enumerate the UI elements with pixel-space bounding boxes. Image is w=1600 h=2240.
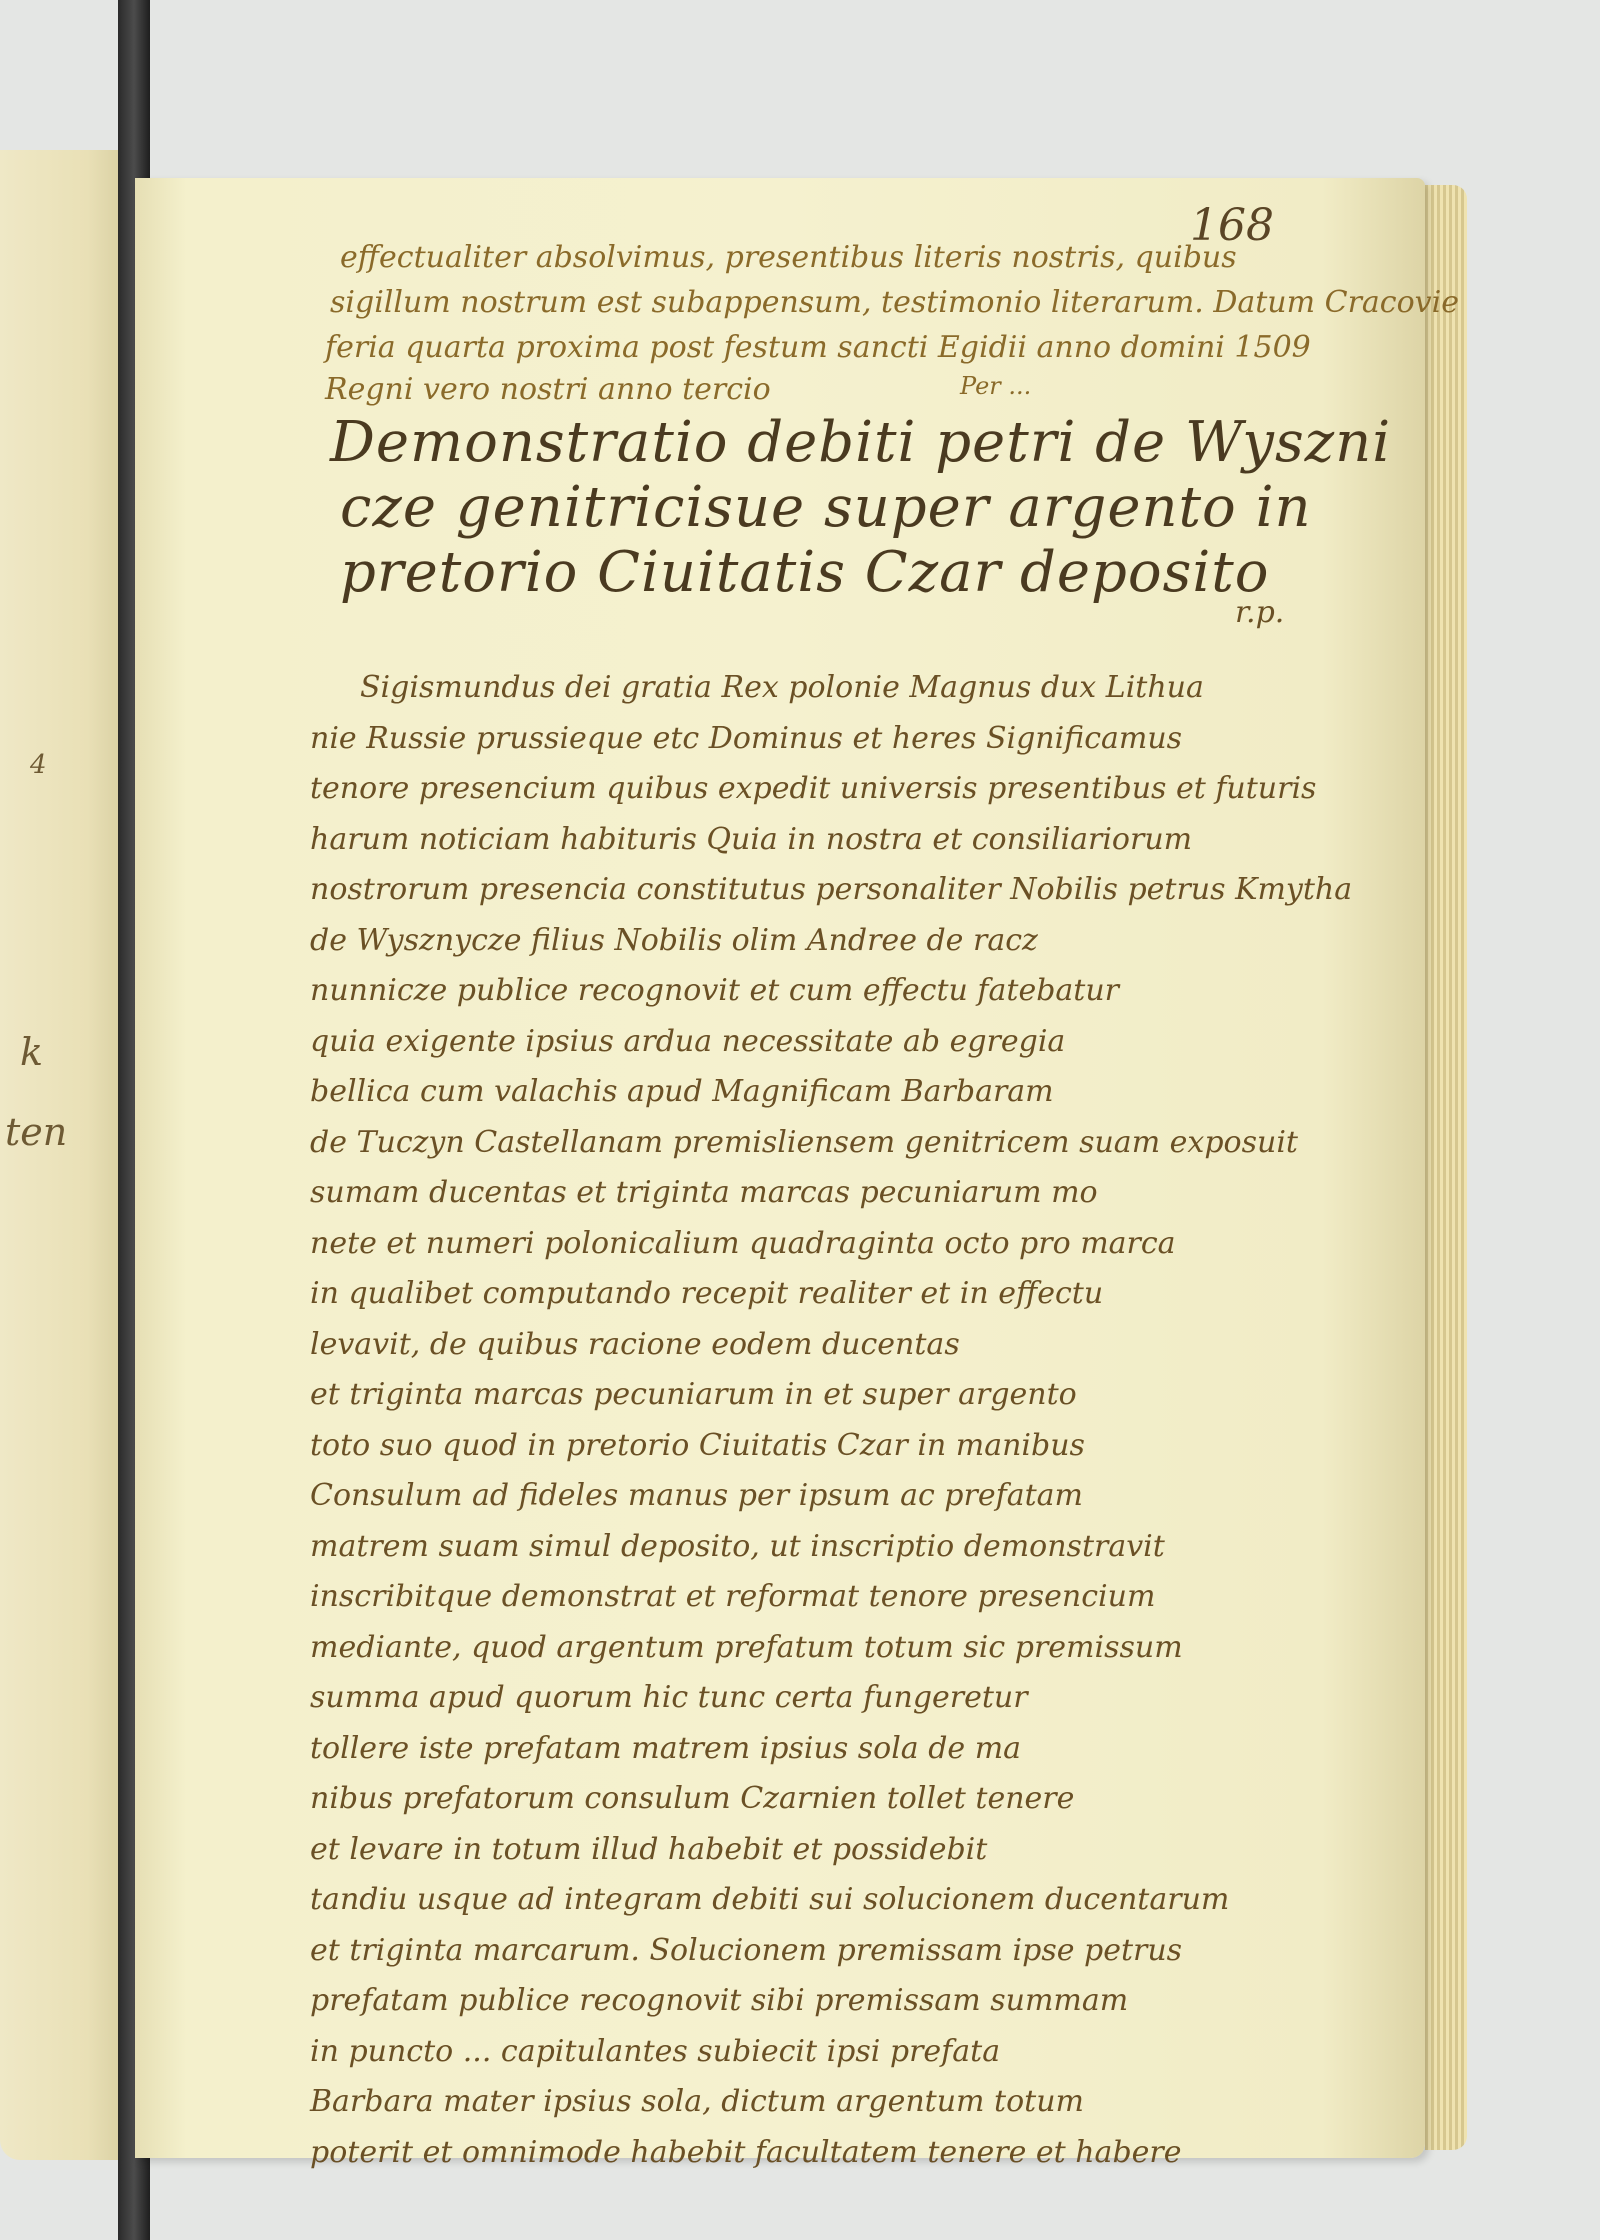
body-line: Sigismundus dei gratia Rex polonie Magnu…: [360, 670, 1204, 705]
body-line: tandiu usque ad integram debiti sui solu…: [310, 1882, 1229, 1917]
page-edges: [1425, 185, 1467, 2150]
body-line: quia exigente ipsius ardua necessitate a…: [310, 1024, 1065, 1059]
body-line: in puncto ... capitulantes subiecit ipsi…: [310, 2034, 1000, 2069]
body-line: bellica cum valachis apud Magnificam Bar…: [310, 1074, 1054, 1109]
title-line: pretorio Ciuitatis Czar deposito: [340, 540, 1269, 605]
body-line: in qualibet computando recepit realiter …: [310, 1276, 1103, 1311]
body-line: et levare in totum illud habebit et poss…: [310, 1832, 987, 1867]
closing-line: effectualiter absolvimus, presentibus li…: [340, 240, 1237, 275]
body-line: Barbara mater ipsius sola, dictum argent…: [310, 2084, 1084, 2119]
closing-line: feria quarta proxima post festum sancti …: [325, 330, 1311, 365]
annotation: Per ...: [960, 372, 1031, 400]
left-margin-fragment: ten: [5, 1110, 67, 1154]
left-facing-page: k ten 4: [0, 150, 125, 2160]
body-line: nete et numeri polonicalium quadraginta …: [310, 1226, 1176, 1261]
body-line: et triginta marcarum. Solucionem premiss…: [310, 1933, 1182, 1968]
left-margin-fragment: 4: [30, 750, 47, 780]
body-line: de Tuczyn Castellanam premisliensem geni…: [310, 1125, 1298, 1160]
body-line: summa apud quorum hic tunc certa fungere…: [310, 1680, 1028, 1715]
closing-line: Regni vero nostri anno tercio: [325, 372, 771, 407]
body-line: Consulum ad fideles manus per ipsum ac p…: [310, 1478, 1083, 1513]
body-line: de Wysznycze filius Nobilis olim Andree …: [310, 923, 1038, 958]
body-line: harum noticiam habituris Quia in nostra …: [310, 822, 1192, 857]
body-line: toto suo quod in pretorio Ciuitatis Czar…: [310, 1428, 1085, 1463]
body-line: nostrorum presencia constitutus personal…: [310, 872, 1352, 907]
margin-note: r.p.: [1235, 595, 1284, 630]
body-line: sumam ducentas et triginta marcas pecuni…: [310, 1175, 1098, 1210]
body-line: et triginta marcas pecuniarum in et supe…: [310, 1377, 1077, 1412]
body-line: tollere iste prefatam matrem ipsius sola…: [310, 1731, 1021, 1766]
body-line: nie Russie prussieque etc Dominus et her…: [310, 721, 1182, 756]
body-line: nunnicze publice recognovit et cum effec…: [310, 973, 1119, 1008]
body-line: nibus prefatorum consulum Czarnien tolle…: [310, 1781, 1074, 1816]
body-line: matrem suam simul deposito, ut inscripti…: [310, 1529, 1165, 1564]
body-line: mediante, quod argentum prefatum totum s…: [310, 1630, 1183, 1665]
body-line: poterit et omnimode habebit facultatem t…: [310, 2135, 1182, 2170]
body-line: inscribitque demonstrat et reformat teno…: [310, 1579, 1155, 1614]
title-line: Demonstratio debiti petri de Wyszni: [330, 410, 1391, 475]
body-line: levavit, de quibus racione eodem ducenta…: [310, 1327, 960, 1362]
title-line: cze genitricisue super argento in: [340, 475, 1312, 540]
closing-line: sigillum nostrum est subappensum, testim…: [330, 285, 1459, 320]
left-margin-fragment: k: [20, 1030, 43, 1074]
body-line: tenore presencium quibus expedit univers…: [310, 771, 1316, 806]
body-line: prefatam publice recognovit sibi premiss…: [310, 1983, 1128, 2018]
